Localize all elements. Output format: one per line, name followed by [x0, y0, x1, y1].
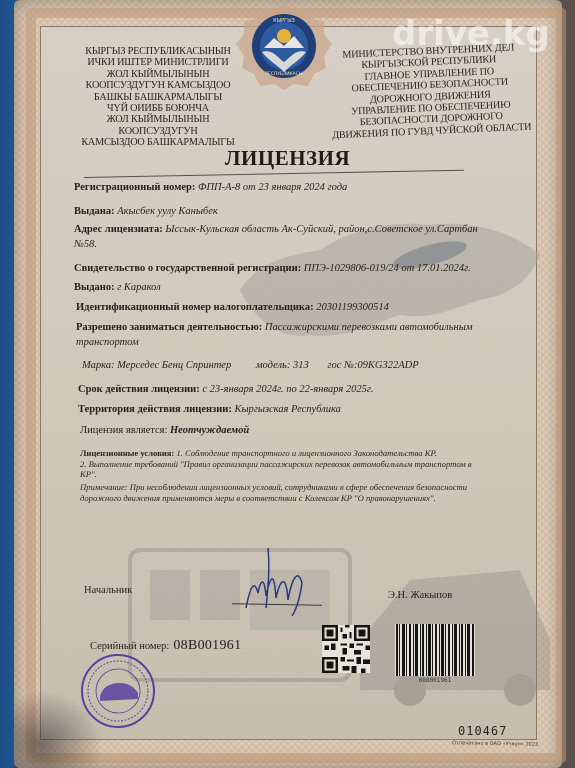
svg-text:РЕСПУБЛИКАСЫ: РЕСПУБЛИКАСЫ: [265, 71, 302, 77]
handwritten-signature: [240, 538, 310, 618]
barcode-number: 08B001961: [395, 677, 475, 684]
barcode: [395, 624, 475, 676]
header-kyrgyz: КЫРГЫЗ РЕСПУБЛИКАСЫНЫН ИЧКИ ИШТЕР МИНИСТ…: [68, 46, 248, 149]
field-territory: Территория действия лицензии: Кыргызская…: [78, 402, 341, 417]
form-number: 010467: [458, 724, 507, 738]
document-title: ЛИЦЕНЗИЯ: [0, 146, 575, 171]
license-note: Примечание: При несоблюдении лицензионны…: [80, 482, 500, 503]
photo-shadow: [14, 690, 104, 768]
field-registration-number: Регистрационный номер: ФПП-А-8 от 23 янв…: [74, 180, 347, 195]
field-issued-by: Выдано: г Каракол: [74, 280, 161, 295]
signatory-name: Э.Н. Жакыпов: [388, 590, 452, 601]
field-issued-to: Выдана: Акысбек уулу Каныбек: [74, 204, 218, 219]
field-validity: Срок действия лицензии: с 23-января 2024…: [78, 382, 373, 397]
svg-text:КЫРГЫЗ: КЫРГЫЗ: [273, 18, 295, 24]
field-vehicle: Марка: Мерседес Бенц Спринтер модель: 31…: [82, 358, 419, 373]
qr-code: [322, 625, 370, 673]
field-tin: Идентификационный номер налогоплательщик…: [76, 300, 389, 315]
state-emblem: КЫРГЫЗ РЕСПУБЛИКАСЫ: [234, 2, 334, 90]
field-state-registration: Свидетельство о государственной регистра…: [74, 261, 471, 276]
bus-watermark: [120, 520, 560, 710]
header-russian: МИНИСТЕРСТВО ВНУТРЕННИХ ДЕЛ КЫРГЫЗСКОЙ Р…: [328, 42, 532, 142]
signatory-title: Начальник: [84, 585, 132, 596]
field-activity: Разрешено заниматься деятельностью: Пасс…: [76, 320, 516, 350]
license-conditions: Лицензионные условия: 1. Соблюдение тран…: [80, 448, 500, 480]
field-status: Лицензия является: Неотчуждаемой: [80, 423, 249, 438]
serial-number: Серийный номер:08B001961: [90, 638, 241, 654]
field-address: Адрес лицензиата: Ыссык-Кульская область…: [74, 222, 524, 252]
